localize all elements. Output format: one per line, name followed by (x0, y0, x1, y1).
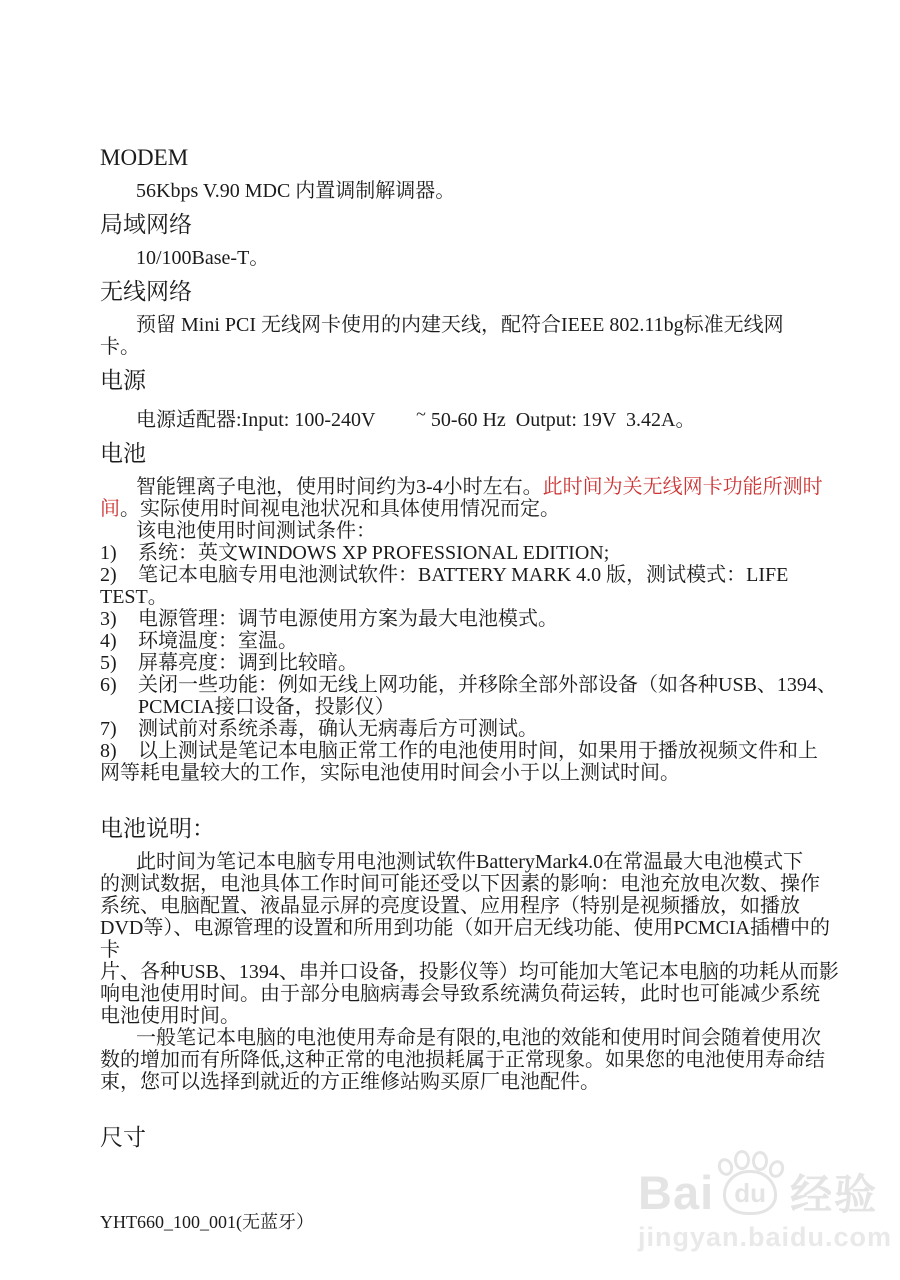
jingyan-text: 经验 (790, 1174, 878, 1216)
list-text: 电源管理：调节电源使用方案为最大电池模式。 (138, 608, 845, 630)
paw-toe-icon (734, 1150, 750, 1170)
paw-pad-icon: du (723, 1170, 777, 1215)
battery-condition-item-1: 1) 系统：英文WINDOWS XP PROFESSIONAL EDITION; (100, 542, 845, 564)
section-heading-modem: MODEM (100, 143, 845, 173)
list-marker: 6) (100, 674, 138, 718)
battery-condition-item-5: 5) 屏幕亮度：调到比较暗。 (100, 652, 845, 674)
document-page: MODEM 56Kbps V.90 MDC 内置调制解调器。 局域网络 10/1… (0, 0, 900, 1280)
list-text: 笔记本电脑专用电池测试软件：BATTERY MARK 4.0 版，测试模式：LI… (138, 564, 845, 586)
lan-spec-text: 10/100Base-T。 (100, 247, 845, 269)
list-marker: 8) (100, 740, 138, 762)
battery-conditions-intro: 该电池使用时间测试条件： (100, 520, 845, 542)
list-marker: 5) (100, 652, 138, 674)
battery-condition-item-7: 7) 测试前对系统杀毒，确认无病毒后方可测试。 (100, 718, 845, 740)
section-heading-battery: 电池 (100, 439, 845, 469)
list-marker: 2) (100, 564, 138, 586)
list-marker: 1) (100, 542, 138, 564)
battery-condition-item-8: 8) 以上测试是笔记本电脑正常工作的电池使用时间，如果用于播放视频文件和上 (100, 740, 845, 762)
battery-condition-item-2-continuation: TEST。 (100, 586, 845, 608)
list-text: 以上测试是笔记本电脑正常工作的电池使用时间，如果用于播放视频文件和上 (138, 740, 845, 762)
list-marker: 3) (100, 608, 138, 630)
battery-condition-item-3: 3) 电源管理：调节电源使用方案为最大电池模式。 (100, 608, 845, 630)
section-heading-wireless: 无线网络 (100, 277, 845, 307)
list-text: 系统：英文WINDOWS XP PROFESSIONAL EDITION; (138, 542, 845, 564)
power-spec-text: 电源适配器:Input: 100-240V ~ 50-60 Hz Output:… (100, 403, 845, 431)
battery-intro-black2: 。实际使用时间视电池状况和具体使用情况而定。 (120, 498, 560, 520)
battery-condition-item-8-continuation: 网等耗电量较大的工作，实际电池使用时间会小于以上测试时间。 (100, 762, 845, 784)
watermark-logo-row: Bai du 经验 (638, 1150, 888, 1216)
list-text: 环境温度：室温。 (138, 630, 845, 652)
power-spec-post: 50-60 Hz Output: 19V 3.42A。 (426, 409, 696, 431)
baidu-bai-text: Bai (638, 1169, 714, 1216)
list-text: 关闭一些功能：例如无线上网功能，并移除全部外部设备（如各种USB、1394、 P… (138, 674, 845, 718)
baidu-paw-icon: du (714, 1150, 786, 1216)
battery-condition-item-2: 2) 笔记本电脑专用电池测试软件：BATTERY MARK 4.0 版，测试模式… (100, 564, 845, 586)
power-spec-pre: 电源适配器:Input: 100-240V (136, 409, 380, 431)
battery-intro-black1: 智能锂离子电池，使用时间约为3-4小时左右。 (136, 476, 543, 498)
baidu-du-text: du (734, 1180, 766, 1206)
paw-toe-icon (752, 1151, 768, 1171)
modem-spec-text: 56Kbps V.90 MDC 内置调制解调器。 (100, 180, 845, 202)
section-heading-dimensions: 尺寸 (100, 1123, 845, 1153)
list-marker: 7) (100, 718, 138, 740)
baidu-jingyan-watermark: Bai du 经验 jingyan.baidu.com (638, 1150, 888, 1253)
tilde-symbol: ~ (380, 403, 426, 425)
list-marker: 4) (100, 630, 138, 652)
section-heading-lan: 局域网络 (100, 210, 845, 240)
wireless-spec-text: 预留 Mini PCI 无线网卡使用的内建天线，配符合IEEE 802.11bg… (100, 314, 845, 358)
battery-condition-item-4: 4) 环境温度：室温。 (100, 630, 845, 652)
battery-notes-paragraph-1: 此时间为笔记本电脑专用电池测试软件BatteryMark4.0在常温最大电池模式… (100, 851, 845, 1027)
list-text: 屏幕亮度：调到比较暗。 (138, 652, 845, 674)
section-heading-battery-notes: 电池说明： (100, 814, 845, 844)
battery-notes-paragraph-2: 一般笔记本电脑的电池使用寿命是有限的,电池的效能和使用时间会随着使用次 数的增加… (100, 1027, 845, 1093)
watermark-url: jingyan.baidu.com (638, 1222, 888, 1253)
section-heading-power: 电源 (100, 366, 845, 396)
battery-intro-paragraph: 智能锂离子电池，使用时间约为3-4小时左右。此时间为关无线网卡功能所测时 间。实… (100, 476, 845, 520)
battery-condition-item-6: 6) 关闭一些功能：例如无线上网功能，并移除全部外部设备（如各种USB、1394… (100, 674, 845, 718)
list-text: 测试前对系统杀毒，确认无病毒后方可测试。 (138, 718, 845, 740)
